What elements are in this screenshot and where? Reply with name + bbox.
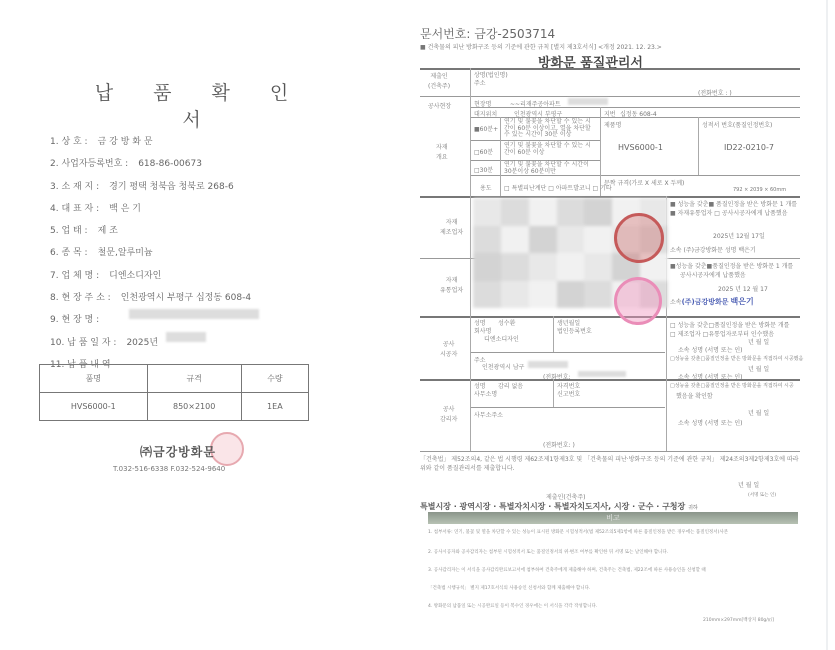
divider bbox=[698, 117, 699, 175]
field-value: ~~리재주공아파트 bbox=[510, 99, 561, 108]
company-name: ㈜금강방화문 bbox=[140, 443, 216, 460]
sign-label: (서명 또는 인) bbox=[748, 492, 776, 498]
section-label: 자재 제조업자 bbox=[440, 218, 463, 238]
regulation-line: ■ 건축물의 피난 방화구조 등의 기준에 관한 규칙 [별지 제3호서식] <… bbox=[420, 42, 662, 51]
redacted bbox=[166, 332, 206, 342]
cell: 850×2100 bbox=[147, 393, 241, 421]
field-label: 문짝 규격(가로 X 세로 X 두께) bbox=[604, 178, 684, 187]
divider bbox=[470, 407, 665, 408]
date: 년 월 일 bbox=[748, 364, 769, 373]
doc-number: 문서번호: 금강-2503714 bbox=[420, 25, 555, 42]
info-item: 4. 대 표 자 :백 은 기 bbox=[50, 198, 259, 220]
redacted bbox=[528, 361, 568, 368]
remarks-header: 비고 bbox=[428, 512, 798, 524]
statement: □성능을 갖춘□품질인정을 받은 방화문을 직접하여 시공했음 bbox=[670, 355, 803, 362]
field-label: (전화번호 : ) bbox=[698, 88, 732, 97]
option-60: □60분 bbox=[474, 147, 493, 156]
window-edge bbox=[826, 0, 828, 650]
info-label: 9. 현 장 명 : bbox=[50, 309, 99, 331]
paper-size: 210mm×297mm[백상지 80g/㎡] bbox=[703, 617, 774, 623]
info-value: 금 강 방 화 문 bbox=[98, 131, 153, 153]
col-header: 규격 bbox=[147, 365, 241, 393]
section-label: 공사 시공자 bbox=[440, 340, 457, 360]
statement: ■ 자재유통업자 □ 공사시공자에게 납품했음 bbox=[670, 208, 788, 217]
statement: ■ 성능을 갖춘■ 품질인정을 받은 방화문 1 개를 bbox=[670, 199, 797, 208]
field-value: 십정동 608-4 bbox=[620, 109, 657, 118]
manufacturer-seal bbox=[614, 213, 664, 263]
note: 2. 공사시공자와 공사감리자는 첨부된 시험성적서 또는 품질인정서의 위·변… bbox=[428, 549, 668, 555]
info-item: 2. 사업자등록번호 :618-86-00673 bbox=[50, 153, 259, 175]
info-label: 10. 납 품 일 자 : bbox=[50, 332, 116, 354]
info-item: 5. 업 태 :제 조 bbox=[50, 220, 259, 242]
statement: ■성능을 갖춘■품질인정을 받은 방화문 1 개를 bbox=[670, 261, 793, 270]
divider bbox=[470, 68, 471, 451]
date: 2025년 12월 17일 bbox=[713, 231, 765, 240]
divider bbox=[470, 140, 600, 141]
info-value: 철문,알루미늄 bbox=[98, 242, 153, 264]
field-label: 신고번호 bbox=[557, 389, 580, 398]
field-label: 지번 bbox=[604, 109, 616, 118]
info-value: 디엔소디자인 bbox=[109, 265, 161, 287]
divider bbox=[553, 379, 554, 407]
divider bbox=[500, 117, 501, 196]
field-value: 감리 없음 bbox=[498, 381, 523, 390]
field-value: 인천광역시 부평구 bbox=[514, 109, 562, 118]
field-label: 현장명 bbox=[474, 99, 491, 108]
field-label: 주소 bbox=[474, 78, 486, 87]
info-label: 8. 현 장 주 소 : bbox=[50, 287, 111, 309]
info-item: 7. 업 체 명 :디엔소디자인 bbox=[50, 265, 259, 287]
cell: HVS6000-1 bbox=[40, 393, 148, 421]
info-value: 2025년 bbox=[126, 332, 158, 354]
redacted bbox=[568, 98, 608, 105]
divider bbox=[420, 96, 800, 97]
field-label: 대지위치 bbox=[474, 109, 497, 118]
declaration: 「건축법」 제52조의4, 같은 법 시행령 제62조제1항제3호 및 「건축물… bbox=[420, 455, 800, 473]
info-label: 5. 업 태 : bbox=[50, 220, 88, 242]
info-item: 3. 소 재 지 :경기 평택 청북읍 청북로 268-6 bbox=[50, 176, 259, 198]
divider bbox=[420, 451, 800, 452]
note: 3. 공사감리자는 이 서식을 공사감리완료보고서에 첨부하여 건축주에게 제출… bbox=[428, 567, 706, 573]
redacted bbox=[129, 309, 259, 319]
section-label: 제출인 (건축주) bbox=[428, 72, 450, 92]
field-value: ID22-0210-7 bbox=[724, 143, 774, 152]
field-label: (전화번호: ) bbox=[543, 440, 575, 449]
info-value: 경기 평택 청북읍 청북로 268-6 bbox=[109, 176, 234, 198]
info-item: 8. 현 장 주 소 :인천광역시 부평구 십정동 608-4 bbox=[50, 287, 259, 309]
field-label: 사무소주소 bbox=[474, 410, 503, 419]
info-label: 4. 대 표 자 : bbox=[50, 198, 99, 220]
note: 「건축법 시행규칙」 별지 제17호서식의 사용승인 신청서와 함께 제출해야 … bbox=[428, 585, 590, 591]
option-desc: 연기 및 불꽃을 차단할 수 시간이 30분이상 60분미만 bbox=[504, 162, 596, 175]
note: 4. 방화문의 납품일 또는 시공완료일 등이 복수인 경우에는 이 서식을 각… bbox=[428, 603, 597, 609]
date: 년 월 일 bbox=[738, 480, 759, 489]
doc-title: 납 품 확 인 서 bbox=[90, 78, 310, 132]
info-item: 1. 상 호 :금 강 방 화 문 bbox=[50, 131, 259, 153]
field-value: HVS6000-1 bbox=[618, 143, 663, 152]
field-label: 성적서 번호(품질인정번호) bbox=[702, 120, 772, 129]
divider bbox=[470, 352, 665, 353]
table-header-row: 품명 규격 수량 bbox=[40, 365, 309, 393]
date: 년 월 일 bbox=[748, 337, 769, 346]
info-label: 3. 소 재 지 : bbox=[50, 176, 99, 198]
info-item: 9. 현 장 명 : bbox=[50, 309, 259, 331]
signature: 소속(주)금강방화문 백은기 bbox=[670, 296, 754, 307]
info-value: 제 조 bbox=[98, 220, 118, 242]
signature: 소속 (주)금강방화문 성명 백은기 bbox=[670, 245, 756, 254]
statement: 공사시공자에게 납품했음 bbox=[680, 270, 746, 279]
section-label: 공사 감리자 bbox=[440, 405, 457, 425]
option-desc: 연기 및 불꽃을 차단할 수 있는 시간이 60분 이상 bbox=[504, 143, 596, 156]
statement: 했음을 확인함 bbox=[676, 391, 713, 400]
info-item: 6. 종 목 :철문,알루미늄 bbox=[50, 242, 259, 264]
signature: 소속 성명 (서명 또는 인) bbox=[678, 372, 742, 381]
field-value: 성수환 bbox=[498, 318, 515, 327]
section-label: 자재 개요 bbox=[436, 143, 448, 163]
field-value: 인천광역시 남구 bbox=[482, 362, 524, 371]
field-value: 디엔소디자인 bbox=[484, 334, 519, 343]
signature: 소속 성명 (서명 또는 인) bbox=[678, 345, 742, 354]
info-value: 618-86-00673 bbox=[138, 153, 202, 175]
field-label: 제품명 bbox=[604, 120, 621, 129]
addressee: 특별시장 · 광역시장 · 특별자치시장 · 특별자치도지사, 시장 · 군수 … bbox=[420, 501, 698, 512]
section-label: 공사현장 bbox=[428, 101, 451, 110]
field-value: 792 × 2039 × 60mm bbox=[733, 187, 786, 193]
info-list: 1. 상 호 :금 강 방 화 문2. 사업자등록번호 :618-86-0067… bbox=[50, 131, 259, 376]
cell: 1EA bbox=[241, 393, 308, 421]
info-label: 1. 상 호 : bbox=[50, 131, 88, 153]
delivery-table: 품명 규격 수량 HVS6000-1 850×2100 1EA bbox=[39, 364, 309, 421]
option-30: □30분 bbox=[474, 165, 493, 174]
note: 1. 첨부서류: 연기, 불꽃 및 열을 차단할 수 있는 성능이 표시된 방화… bbox=[428, 529, 728, 535]
info-label: 2. 사업자등록번호 : bbox=[50, 153, 128, 175]
delivery-confirmation-doc: 납 품 확 인 서 1. 상 호 :금 강 방 화 문2. 사업자등록번호 :6… bbox=[0, 0, 410, 650]
divider bbox=[553, 316, 554, 352]
info-label: 6. 종 목 : bbox=[50, 242, 88, 264]
info-item: 10. 납 품 일 자 :2025년 bbox=[50, 332, 259, 354]
field-value: □ 특별피난계단 □ 아파트발코니 □ 기타 bbox=[504, 183, 612, 192]
divider bbox=[470, 175, 800, 176]
option-60plus: ■60분+ bbox=[474, 124, 498, 133]
col-header: 수량 bbox=[241, 365, 308, 393]
signature: 소속 성명 (서명 또는 인) bbox=[678, 418, 742, 427]
redacted bbox=[578, 371, 626, 377]
field-label: 법인등록번호 bbox=[557, 326, 592, 335]
submitter-label: 제출인(건축주) bbox=[546, 492, 585, 501]
field-label: 용도 bbox=[480, 183, 492, 192]
col-header: 품명 bbox=[40, 365, 148, 393]
statement: □ 성능을 갖춘□품질인정을 받은 방화문 개를 bbox=[670, 320, 789, 329]
info-value: 인천광역시 부평구 십정동 608-4 bbox=[121, 287, 251, 309]
date: 년 월 일 bbox=[748, 408, 769, 417]
option-desc: 연기 및 불꽃을 차단할 수 있는 시간이 60분 이상이고, 열을 차단할 수… bbox=[504, 119, 596, 139]
distributor-seal bbox=[614, 277, 662, 325]
info-label: 7. 업 체 명 : bbox=[50, 265, 99, 287]
date: 2025 년 12 월 17 bbox=[718, 284, 768, 293]
company-contact: T.032-516-6338 F.032-524-9640 bbox=[113, 465, 225, 473]
fire-door-quality-doc: 문서번호: 금강-2503714 ■ 건축물의 피난 방화구조 등의 기준에 관… bbox=[418, 0, 823, 650]
statement: □성능을 갖춘□품질인정을 받은 방화문을 직접하여 시공 bbox=[670, 382, 794, 389]
field-label: 사무소명 bbox=[474, 389, 497, 398]
info-value: 백 은 기 bbox=[109, 198, 141, 220]
field-label: (전화번호: bbox=[543, 372, 571, 381]
section-label: 자재 유통업자 bbox=[440, 276, 463, 296]
table-row: HVS6000-1 850×2100 1EA bbox=[40, 393, 309, 421]
